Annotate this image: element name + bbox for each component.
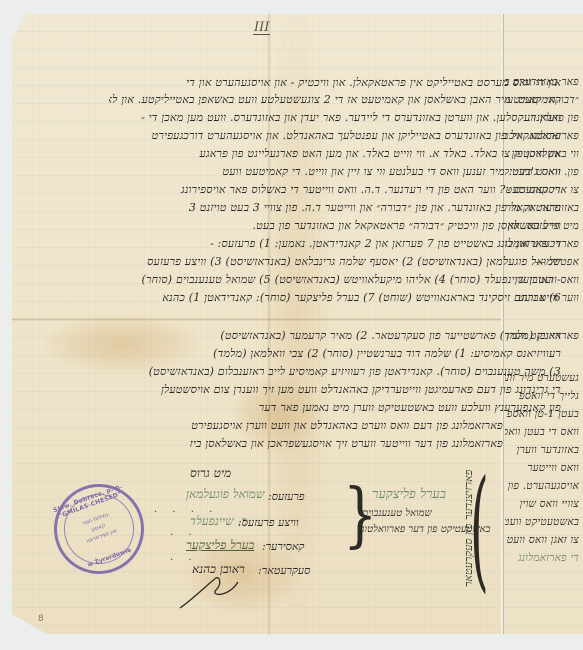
handwritten-line: ווערן וועקסלען. און ווערטן באזונדערס די … <box>109 111 561 124</box>
witness-signature: בערל פליצקער <box>372 486 446 502</box>
handwritten-line: וואס די בעטן וואס <box>505 426 579 438</box>
handwritten-line: ראובן (מלמד) פארשטייער פון סעקרעטאר. 2) … <box>151 329 561 342</box>
handwritten-line: צוויי וואס שוין <box>505 498 579 510</box>
vertical-annotation: פארזיצנדער פון סעקרעטאר <box>462 470 482 610</box>
handwritten-line: בעטן 1-טן וואספ <box>505 408 579 420</box>
handwritten-line: אויסגעהערט. פון <box>505 480 579 492</box>
signature-role: סעקרעטאר: <box>258 564 310 577</box>
handwritten-line: באזונדער ווערן <box>505 444 579 456</box>
handwritten-line: פארזאמלונג פון דעם וואס ווערט באהאנדלט א… <box>163 419 503 432</box>
handwritten-line: באזונדער. וו. מיר <box>505 202 579 214</box>
handwritten-line: און די וואס מערסט באטייליקט אין פראטאקאל… <box>109 76 561 89</box>
handwritten-line: פראטאקאל פון באזונדערס באטייליקן און עפנ… <box>109 129 561 142</box>
handwritten-line: וואס ווייטער <box>505 462 579 474</box>
handwritten-line: - ראובן שיינפעלד (סוחר) 4) אליהו מיקעלאו… <box>131 273 561 286</box>
handwritten-line: רעוויזיאנס קאמיסיע: 1) שלמה דוד בערנשטיי… <box>141 347 561 360</box>
handwritten-line: גלייך די וואספ <box>505 390 579 402</box>
handwritten-line: פארזאמלונג. וויכטיק מיט <box>505 130 579 142</box>
handwritten-line: געשטערט מיר וועט <box>505 372 579 384</box>
handwritten-line: די פארזאמלונג <box>505 552 579 564</box>
dotted-line: . . <box>170 527 198 538</box>
signature: שמואל פוגעלמאן <box>186 487 264 502</box>
signature-flourish <box>176 572 246 612</box>
handwritten-line: 3) משה טענענבוים (סוחר). קאנדידאטן פון ר… <box>141 365 561 378</box>
page-number: III <box>253 22 270 35</box>
handwritten-line: פון. ווארט וויכטיק <box>505 166 579 178</box>
handwritten-line: וואס ג'בעט. מיר זענען וואס די בעלנטע ווי… <box>109 165 561 178</box>
handwritten-line: די קאמיטעט? ווער האט פון די רעדנער. ד.ה.… <box>109 183 561 196</box>
handwritten-line: ווער ווייט וועט <box>505 292 579 304</box>
handwritten-line: און וויכטיק צו באלד. באלד א. ווי ווייט ב… <box>109 147 561 160</box>
signature: בערל פליצקער <box>186 538 254 553</box>
handwritten-line: אפטייל — <box>505 256 579 268</box>
handwritten-line: פראטאקאל פון באזונדער. און פון ״דבורה״ א… <box>109 201 561 214</box>
signature-role: פרעזעס: <box>268 490 305 503</box>
handwritten-line: באשטעטיקט וועט <box>505 516 579 528</box>
handwritten-line: 6) אברהם זיסקינד באראנאוויטש (שוחט) 7) ב… <box>109 291 561 304</box>
document-scan: III און די וואס מערסט באטייליקט אין פראט… <box>0 0 583 650</box>
handwritten-line: פון פאלאנד. <box>505 112 579 124</box>
handwritten-line: צו אויסגעהערט - <box>505 184 579 196</box>
handwritten-line: פון קאנפערענץ וועלכע וועט באשטעטיקט ווער… <box>161 401 561 414</box>
handwritten-line: ווי באשלאסן פון <box>505 148 579 160</box>
handwritten-line: ווייל באשלאסן פון וויכטיק ״דבורה״ פראטאק… <box>141 219 561 232</box>
handwritten-line: מיט פרעזעס. און <box>505 220 579 232</box>
margin-number: 8 <box>38 614 44 624</box>
handwritten-line: פאראייניקט ווערן - <box>505 330 579 342</box>
signature: ר. שיינפעלד <box>190 514 247 529</box>
handwritten-line: ״דבורה״ קאמיטעט! <box>505 94 579 106</box>
handwritten-line: צו זאגן וואס וועט <box>505 534 579 546</box>
handwritten-line: פארזיכערט און באשטעטיקט <box>505 238 579 250</box>
handwritten-line: די גרינדונג פון דעם פארעמיגטן ווייטערדיק… <box>109 383 561 396</box>
signature-role: קאסירער: <box>262 540 304 553</box>
handwritten-line: קאמיטעט. מיר האבן באשלאסן און קאמיטעט אז… <box>109 93 561 106</box>
witness-name: שמואל טענענבוים <box>362 508 432 519</box>
handwritten-line: וואס וועט ווערן <box>505 274 579 286</box>
handwritten-line: די פארזאמלונג באשטייט פון 7 פערזאן און 2… <box>109 237 561 250</box>
handwritten-line: פאר באזונדערס בא- <box>505 76 579 88</box>
closing-greeting: מיט גרוס <box>190 466 231 481</box>
handwritten-line: שמואל פוגעלמאן (באנדאזשיסט) 2) יאסעף שלמ… <box>109 255 561 268</box>
handwritten-line: פארזאמלונג פון דער ווייטער ווערט זיך אוי… <box>163 437 503 450</box>
